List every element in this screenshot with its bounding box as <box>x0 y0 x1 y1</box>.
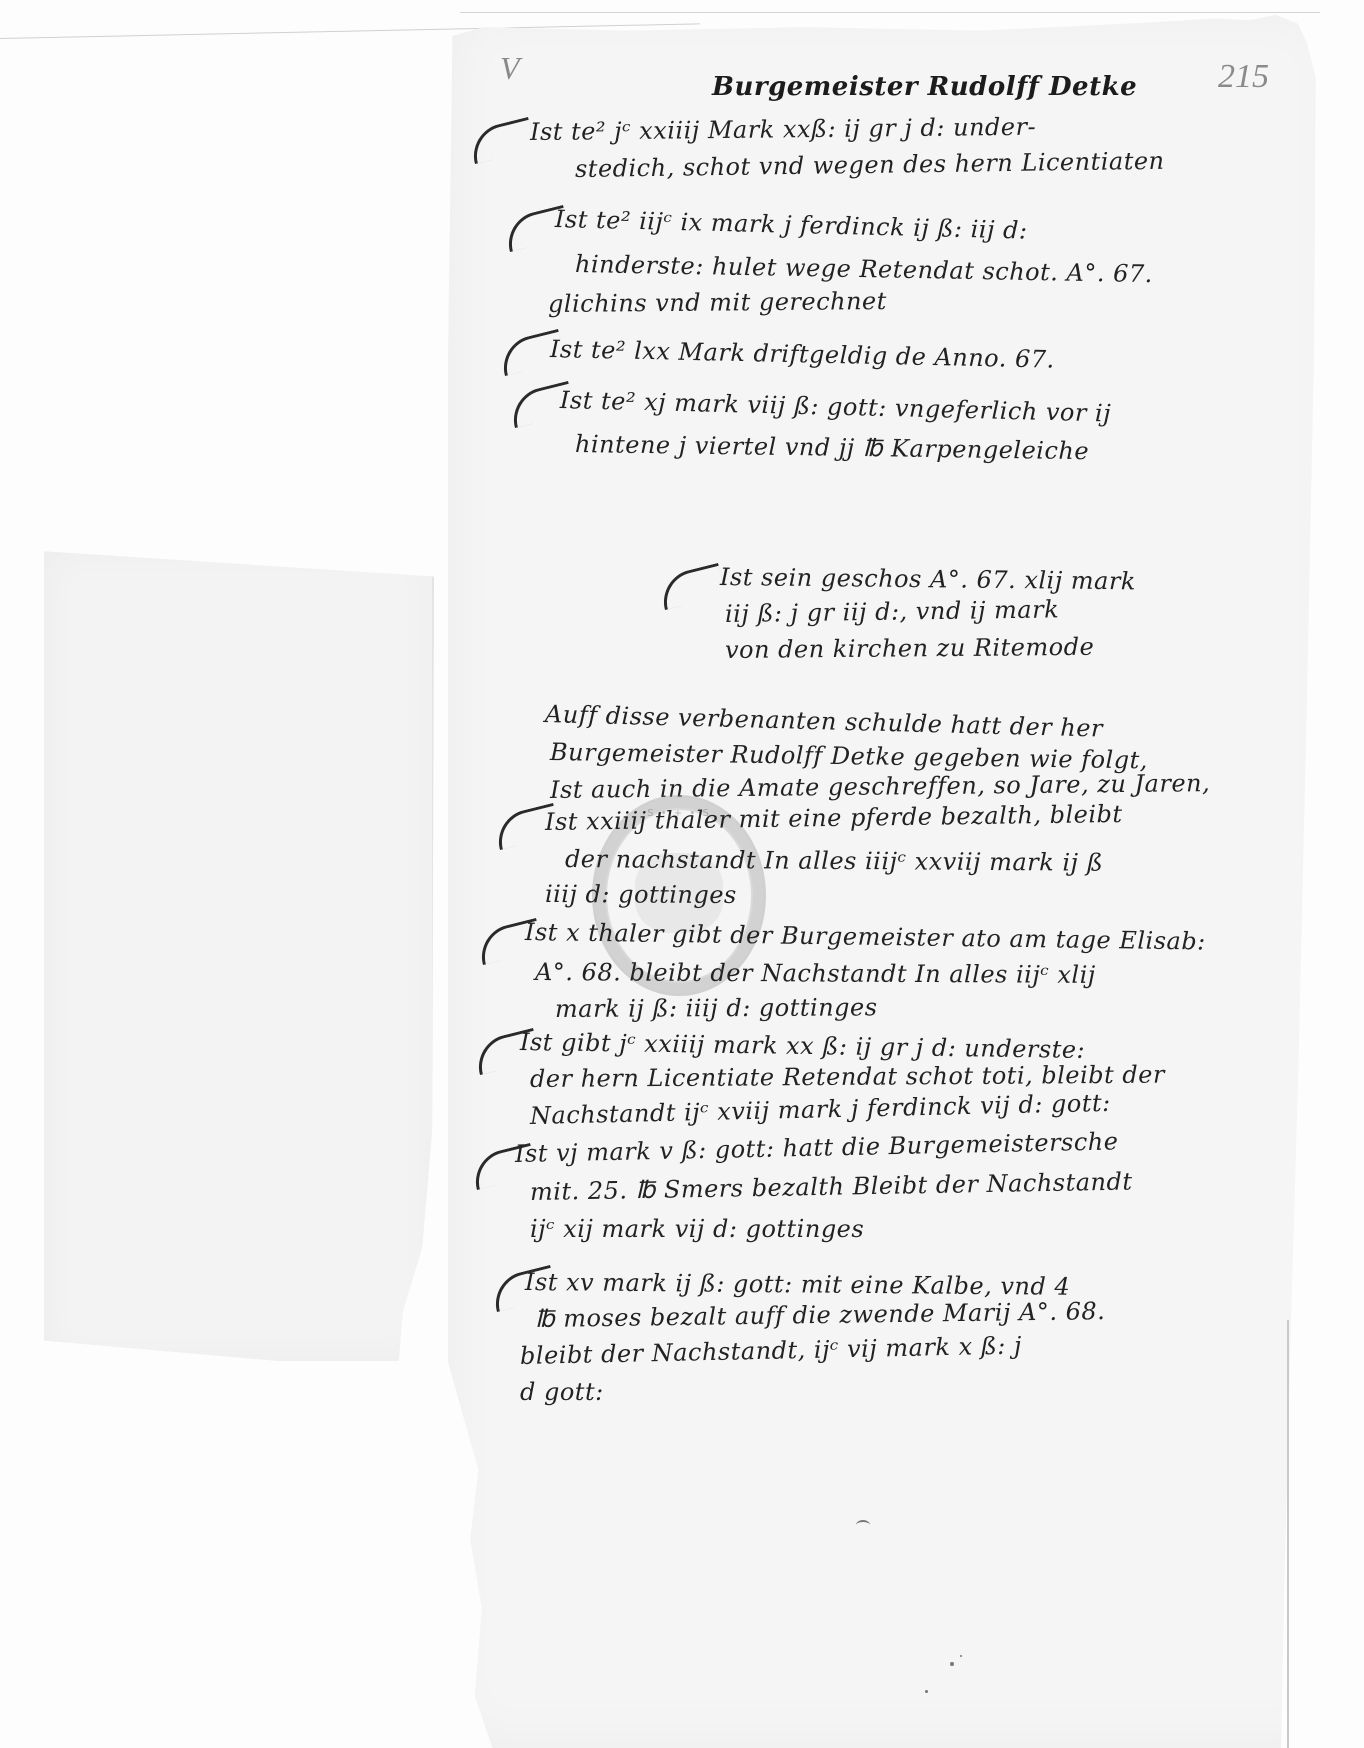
page-title: Burgemeister Rudolff Detke <box>712 72 1137 102</box>
entry-line: A°. 68. bleibt der Nachstandt In alles i… <box>535 958 1096 989</box>
stray-arc-mark <box>856 1520 870 1530</box>
entry-line: der hern Licentiate Retendat schot toti,… <box>530 1061 1165 1093</box>
torn-top-edge <box>460 12 1320 17</box>
margin-mark: V <box>500 50 520 87</box>
entry-line: mark ij ß: iiij d: gottinges <box>555 993 878 1023</box>
entry-line: iiij d: gottinges <box>545 880 737 909</box>
entry-line: Ist sein geschos A°. 67. xlij mark <box>720 563 1136 595</box>
entry-line: glichins vnd mit gerechnet <box>548 287 887 318</box>
entry-line: der nachstandt In alles iiijᶜ xxviij mar… <box>565 845 1103 877</box>
entry-line: Ist xv mark ij ß: gott: mit eine Kalbe, … <box>525 1268 1070 1301</box>
entry-line: ijᶜ xij mark vij d: gottinges <box>530 1215 864 1243</box>
ink-speck <box>960 1655 962 1657</box>
ink-speck <box>925 1690 928 1693</box>
entry-line: von den kirchen zu Ritemode <box>725 633 1094 664</box>
entry-line: d gott: <box>520 1378 604 1406</box>
folio-number: 215 <box>1218 58 1269 96</box>
ink-speck <box>950 1662 954 1666</box>
page-right-edge <box>1287 1320 1289 1748</box>
blank-paper-slip <box>44 548 434 1361</box>
entry-line: Ist te² jᶜ xxiiij Mark xxß: ij gr j d: u… <box>530 113 1036 146</box>
entry-line: iij ß: j gr iij d:, vnd ij mark <box>725 595 1060 628</box>
